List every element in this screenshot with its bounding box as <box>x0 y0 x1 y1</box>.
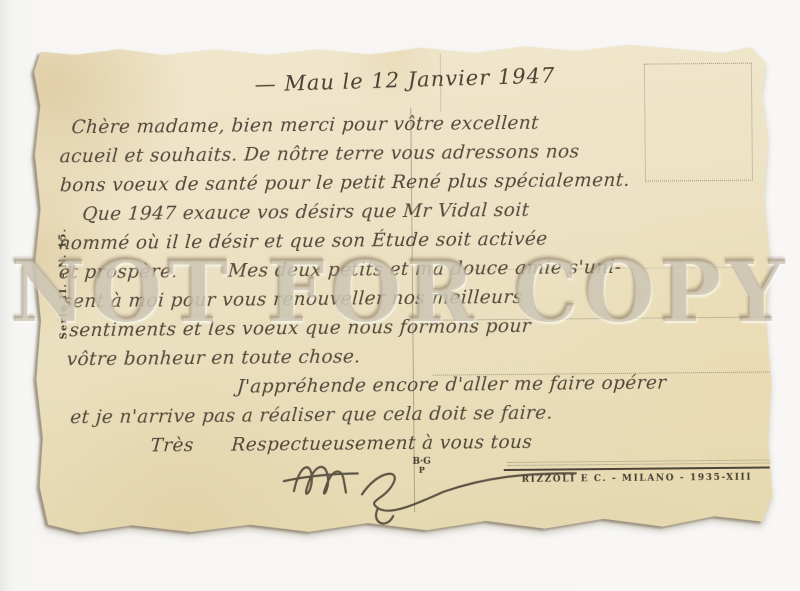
signature-flourish-icon <box>273 440 594 535</box>
scanner-background: — Mau le 12 Janvier 1947 Chère madame, b… <box>0 0 800 591</box>
handwritten-date: — Mau le 12 Janvier 1947 <box>190 61 621 98</box>
postcard-paper: — Mau le 12 Janvier 1947 Chère madame, b… <box>32 40 774 535</box>
message-lines: Chère madame, bien merci pour vôtre exce… <box>44 107 759 462</box>
postcard: — Mau le 12 Janvier 1947 Chère madame, b… <box>32 40 774 535</box>
